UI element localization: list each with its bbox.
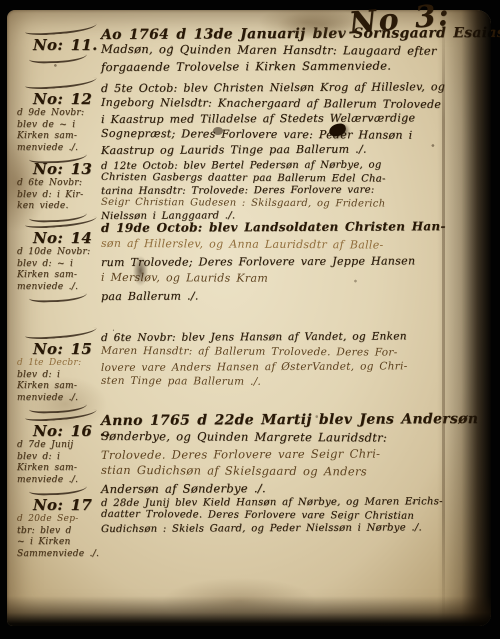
register-page: No 3: No: 11. Ao 1764 d 13de Januarij bl… [7,10,491,626]
register-entry-15: No: 15 d 1te Decbr: blev d: i Kirken sam… [7,330,491,417]
entry-margin: No: 14 d 10de Novbr: blev d: ~ i Kirken … [7,219,101,306]
margin-note-line: d 10de Novbr: [17,247,101,259]
margin-note-line: d 20de Sep- [17,514,101,526]
flourish-line [25,23,97,36]
ink-blot [213,127,223,135]
entry-body: d 28de Junij blev Kield Hansøn af Nørbye… [101,496,491,560]
body-line: stian Gudichsøn af Skielsgaard og Anders [101,462,483,481]
margin-note-line: blev d: i [17,452,101,464]
paper-stain [277,10,367,40]
entry-body: d 5te Octob: blev Christen Nielsøn Krog … [101,80,491,167]
margin-note-line: d 1te Decbr: [17,358,101,370]
entry-body: d 12te Octob: blev Bertel Pedersøn af Nø… [101,160,491,226]
body-line: søn af Hillerslev, og Anna Lauridsdtr af… [101,235,483,254]
margin-note: d 1te Decbr: blev d: i Kirken sam- menvi… [17,358,101,404]
entry-margin: No: 11. [7,26,101,74]
margin-note-line: menviede ./. [17,282,101,294]
right-edge-shadow [437,10,491,626]
flourish-line [25,327,97,340]
entry-number: No: 11. [33,36,101,54]
flourish-line [25,409,97,422]
register-entry-13: No: 13 d 6te Novbr: blev d: i Kir- ken v… [7,160,491,226]
margin-note-line: blev d: i Kir- [17,190,101,202]
bottom-edge-shadow [7,596,491,626]
body-line: Kaastrup og Laurids Tinge paa Ballerum .… [101,141,483,158]
entry-body: Anno 1765 d 22de Martij blev Jens Anders… [101,412,491,499]
body-line: Gudichsøn : Skiels Gaard, og Peder Niels… [101,521,483,536]
entry-number: No: 16 .. [33,422,101,440]
body-line: d 5te Octob: blev Christen Nielsøn Krog … [101,79,483,96]
margin-note-line: ~ i Kirken [17,537,101,549]
entry-number: No: 14 [33,229,101,247]
margin-note: d 6te Novbr: blev d: i Kir- ken viede. [17,178,101,213]
flourish-line [29,293,87,303]
margin-note-line: blev d: i [17,370,101,382]
entry-margin: No: 16 .. d 7de Junij blev d: i Kirken s… [7,412,101,499]
register-entry-14: No: 14 d 10de Novbr: blev d: ~ i Kirken … [7,219,491,306]
body-line: sten Tinge paa Ballerum ./. [101,374,483,391]
margin-note-line: blev de ~ i [17,120,101,132]
register-entry-17: No: 17 d 20de Sep- tbr: blev d ~ i Kirke… [7,496,491,560]
margin-note: d 7de Junij blev d: i Kirken sam- menvie… [17,440,101,486]
entry-margin: No: 17 d 20de Sep- tbr: blev d ~ i Kirke… [7,496,101,560]
entry-number: No: 17 [33,496,101,514]
entry-margin: No: 13 d 6te Novbr: blev d: i Kir- ken v… [7,160,101,226]
margin-note-line: Kirken sam- [17,381,101,393]
margin-note-line: Sammenviede ./. [17,549,101,561]
flourish-line [25,77,97,90]
body-line: i Mersløv, og Laurids Kram [101,269,483,288]
body-line: Trolovede. Deres Forlovere vare Seigr Ch… [101,445,483,464]
margin-note-line: blev d: ~ i [17,259,101,271]
margin-note-line: ken viede. [17,201,101,213]
flourish-line [29,486,87,496]
manuscript-photo: No 3: No: 11. Ao 1764 d 13de Januarij bl… [0,0,500,639]
register-entry-16: No: 16 .. d 7de Junij blev d: i Kirken s… [7,412,491,499]
margin-note-line: menviede ./. [17,393,101,405]
flourish-line [29,54,87,64]
entry-margin: No: 12 d 9de Novbr: blev de ~ i Kirken s… [7,80,101,167]
entry-body: d 6te Novbr: blev Jens Hansøn af Vandet,… [101,330,491,417]
margin-note: d 10de Novbr: blev d: ~ i Kirken sam- me… [17,247,101,293]
entry-number: No: 13 [33,160,101,178]
margin-note-line: Kirken sam- [17,463,101,475]
register-entry-12: No: 12 d 9de Novbr: blev de ~ i Kirken s… [7,80,491,167]
body-line: paa Ballerum ./. [101,286,483,305]
body-line: d 19de Octob: blev Landsoldaten Christen… [101,218,483,237]
margin-note-line: d 6te Novbr: [17,178,101,190]
flourish-line [25,216,97,229]
margin-note-line: menviede ./. [17,475,101,487]
entry-margin: No: 15 d 1te Decbr: blev d: i Kirken sam… [7,330,101,417]
margin-note-line: Kirken sam- [17,270,101,282]
body-line: i Kaastrup med Tilladelse af Stedets Wel… [101,110,483,127]
margin-note-line: d 9de Novbr: [17,108,101,120]
body-line: Anno 1765 d 22de Martij blev Jens Anders… [101,411,483,430]
entry-number: No: 15 [33,340,101,358]
entry-number: No: 12 [33,90,101,108]
margin-note-line: tbr: blev d [17,526,101,538]
body-line: rum Trolovede; Deres Forlovere vare Jepp… [101,252,483,271]
ink-blot [133,256,148,286]
margin-note-line: menviede ./. [17,143,101,155]
margin-note-line: d 7de Junij [17,440,101,452]
margin-note: d 9de Novbr: blev de ~ i Kirken sam- men… [17,108,101,154]
margin-note-line: Kirken sam- [17,131,101,143]
margin-note: d 20de Sep- tbr: blev d ~ i Kirken Samme… [17,514,101,560]
body-line: Sønderbye, og Quinden Margrete Lauridsdt… [101,428,483,447]
register-entry-11: No: 11. Ao 1764 d 13de Januarij blev Sor… [7,26,491,74]
entry-body: d 19de Octob: blev Landsoldaten Christen… [101,219,491,306]
